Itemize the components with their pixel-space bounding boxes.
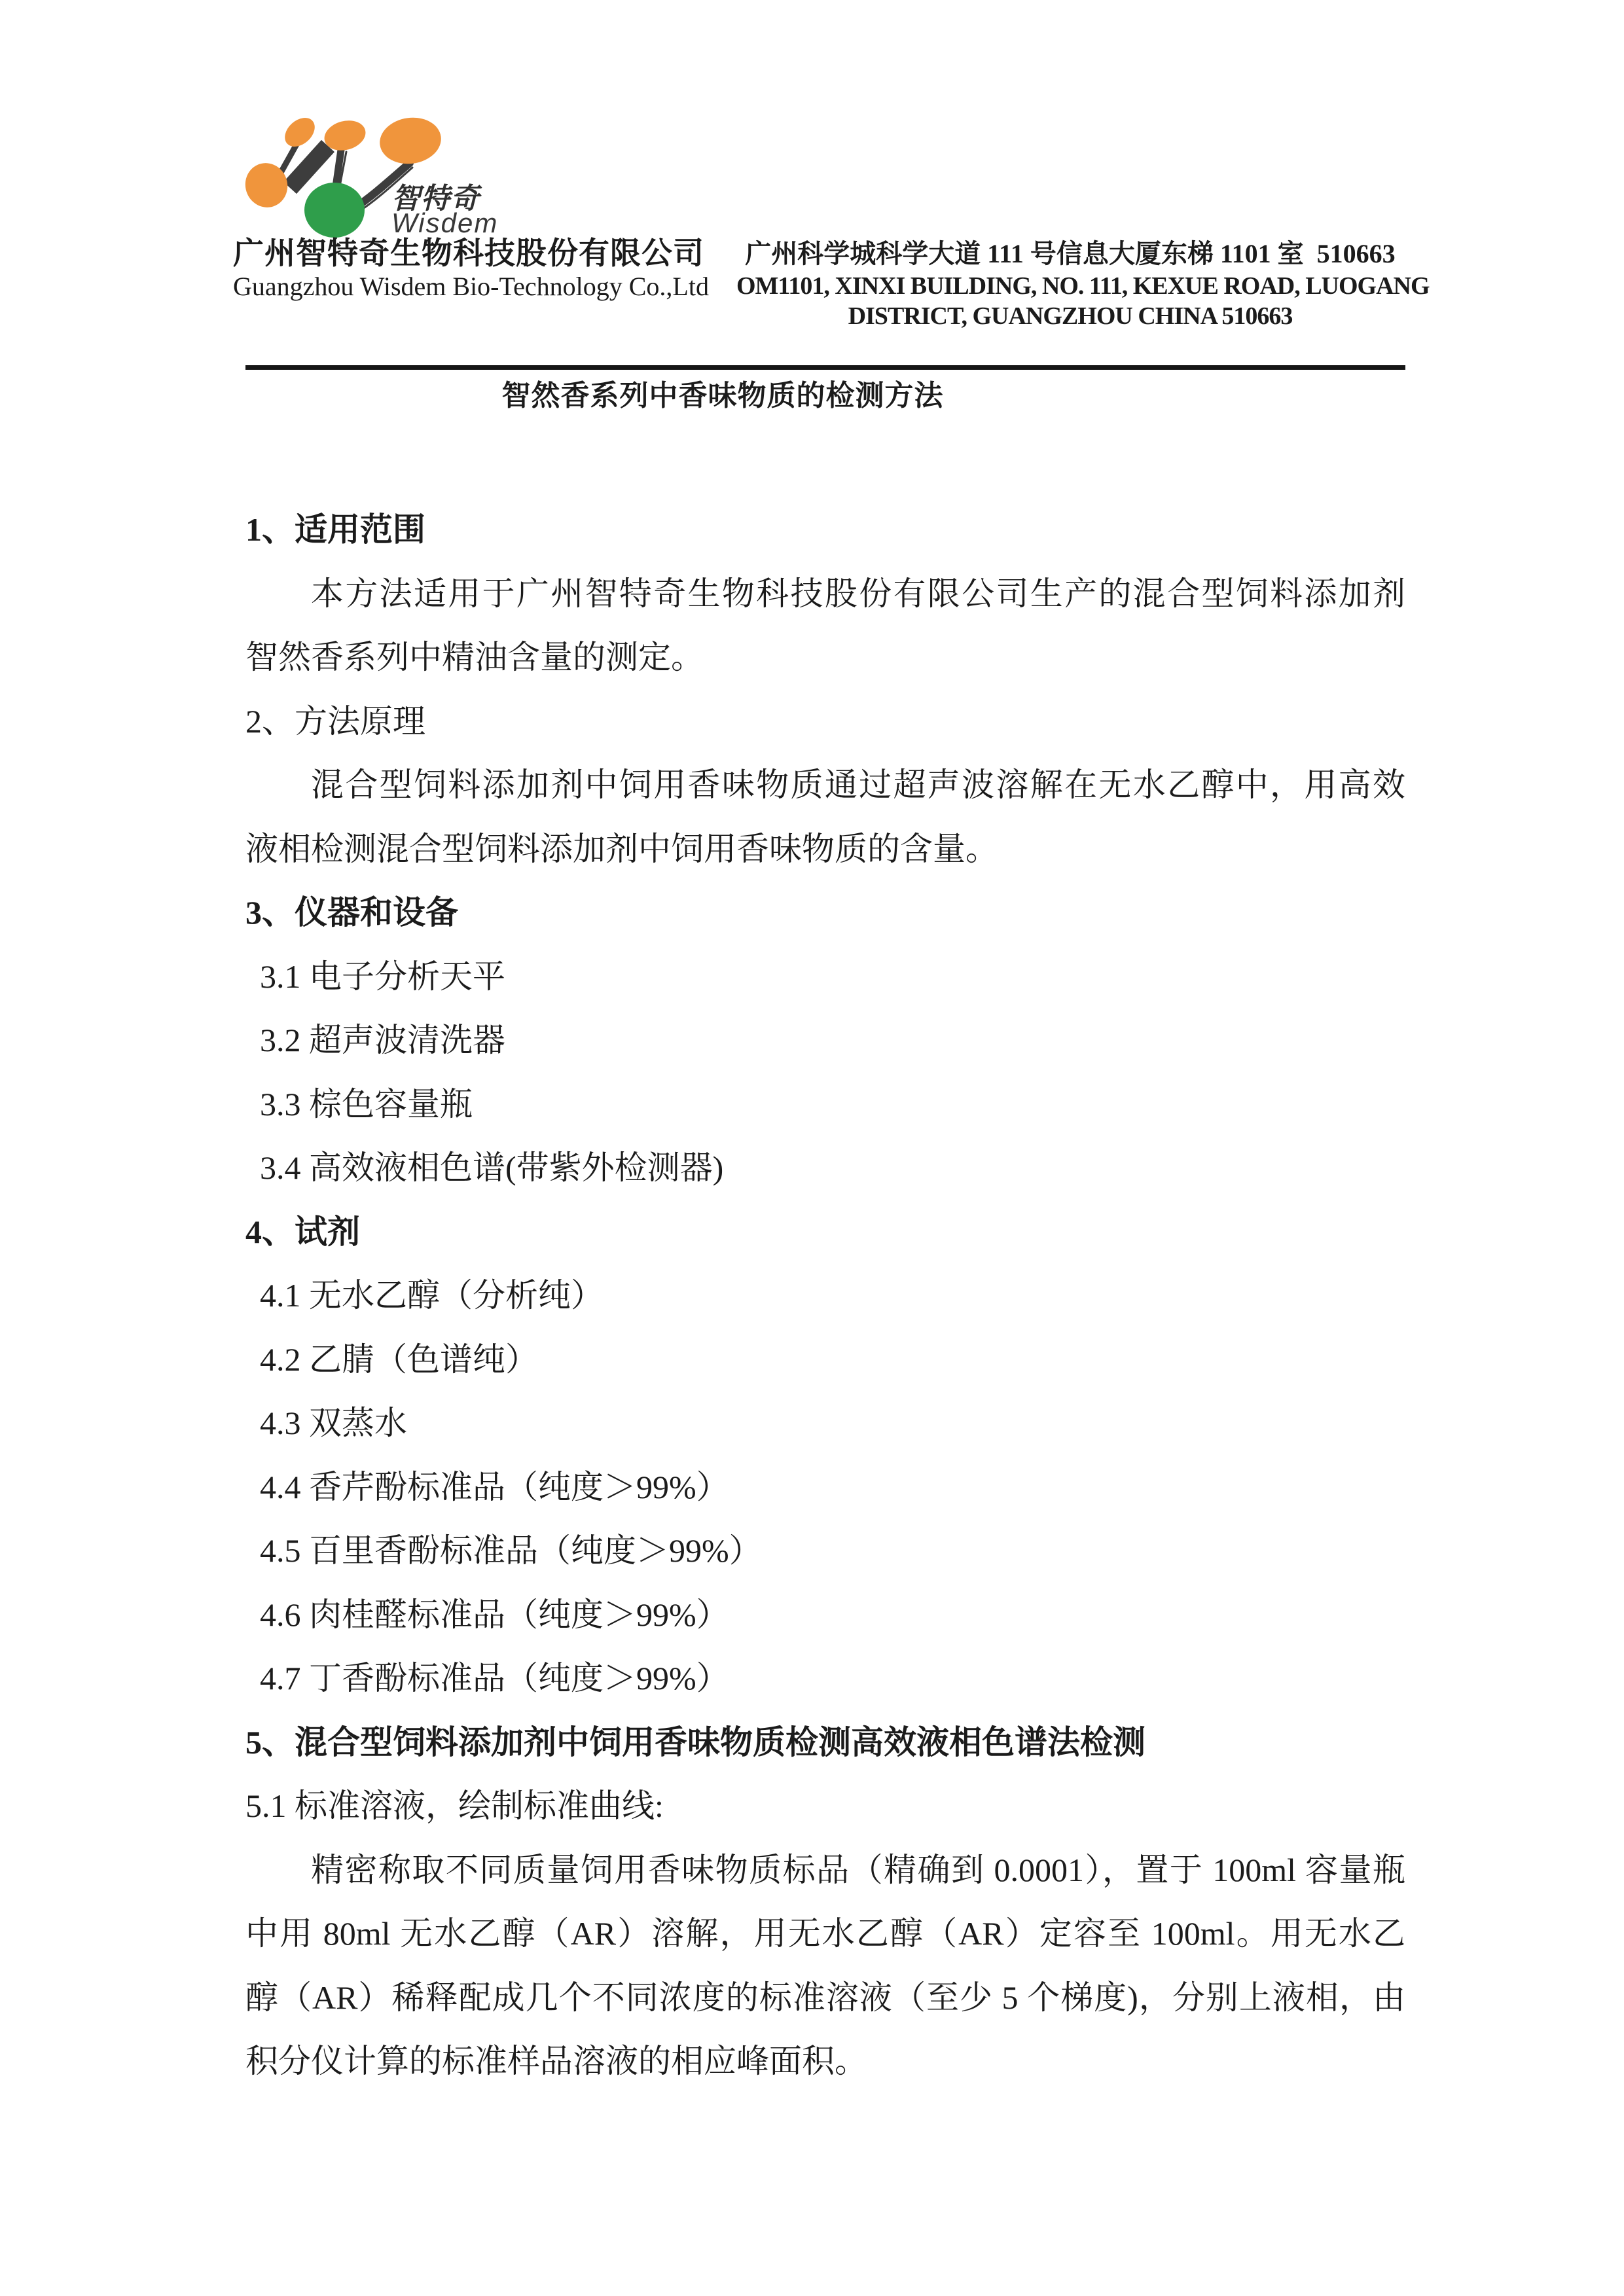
body-line: 积分仪计算的标准样品溶液的相应峰面积。 — [245, 2030, 1405, 2094]
body-line: 5.1 标准溶液，绘制标准曲线: — [245, 1774, 1405, 1839]
company-block: 广州智特奇生物科技股份有限公司 Guangzhou Wisdem Bio-Tec… — [233, 237, 744, 302]
body-line: 4.4 香芹酚标准品（纯度＞99%） — [245, 1456, 1405, 1520]
logo-brand-en: Wisdem — [391, 207, 498, 238]
body-line: 3、仪器和设备 — [245, 881, 1405, 945]
body-line: 3.1 电子分析天平 — [245, 945, 1405, 1009]
body-line: 4、试剂 — [245, 1200, 1405, 1265]
address-line-cn: 广州科学城科学大道 111 号信息大厦东梯 1101 室 510663 — [736, 237, 1404, 271]
body-line: 3.4 高效液相色谱(带紫外检测器) — [245, 1136, 1405, 1200]
body-line: 4.5 百里香酚标准品（纯度＞99%） — [245, 1519, 1405, 1583]
body-line: 混合型饲料添加剂中饲用香味物质通过超声波溶解在无水乙醇中，用高效 — [245, 753, 1405, 817]
body-line: 3.3 棕色容量瓶 — [245, 1073, 1405, 1137]
body-line: 4.1 无水乙醇（分析纯） — [245, 1264, 1405, 1328]
address-block: 广州科学城科学大道 111 号信息大厦东梯 1101 室 510663 OM11… — [736, 237, 1404, 331]
body-line: 4.2 乙腈（色谱纯） — [245, 1328, 1405, 1392]
address-line-en-2: DISTRICT, GUANGZHOU CHINA 510663 — [736, 301, 1404, 331]
page-title: 智然香系列中香味物质的检测方法 — [143, 373, 1303, 419]
address-line-en-1: OM1101, XINXI BUILDING, NO. 111, KEXUE R… — [736, 271, 1404, 301]
body-line: 精密称取不同质量饲用香味物质标品（精确到 0.0001），置于 100ml 容量… — [245, 1839, 1405, 1903]
document-page: 智特奇 Wisdem 广州智特奇生物科技股份有限公司 Guangzhou Wis… — [0, 0, 1624, 2296]
body-line: 本方法适用于广州智特奇生物科技股份有限公司生产的混合型饲料添加剂 — [245, 562, 1405, 626]
body-line: 4.7 丁香酚标准品（纯度＞99%） — [245, 1647, 1405, 1711]
body-line: 智然香系列中精油含量的测定。 — [245, 626, 1405, 690]
body-line: 4.3 双蒸水 — [245, 1391, 1405, 1456]
company-logo: 智特奇 Wisdem — [236, 92, 511, 249]
body-line: 中用 80ml 无水乙醇（AR）溶解，用无水乙醇（AR）定容至 100ml。用无… — [245, 1902, 1405, 1966]
header-rule — [245, 365, 1405, 370]
company-name-en: Guangzhou Wisdem Bio-Technology Co.,Ltd — [233, 271, 744, 302]
body-line: 1、适用范围 — [245, 498, 1405, 562]
body-line: 2、方法原理 — [245, 690, 1405, 754]
body-line: 醇（AR）稀释配成几个不同浓度的标准溶液（至少 5 个梯度)，分别上液相，由 — [245, 1966, 1405, 2030]
company-name-cn: 广州智特奇生物科技股份有限公司 — [233, 237, 744, 271]
body-line: 5、混合型饲料添加剂中饲用香味物质检测高效液相色谱法检测 — [245, 1711, 1405, 1775]
body-line: 3.2 超声波清洗器 — [245, 1009, 1405, 1073]
body-lines: 1、适用范围本方法适用于广州智特奇生物科技股份有限公司生产的混合型饲料添加剂智然… — [245, 498, 1405, 2094]
body-line: 4.6 肉桂醛标准品（纯度＞99%） — [245, 1583, 1405, 1647]
body-line: 液相检测混合型饲料添加剂中饲用香味物质的含量。 — [245, 817, 1405, 882]
logo-green-dot — [304, 183, 365, 238]
